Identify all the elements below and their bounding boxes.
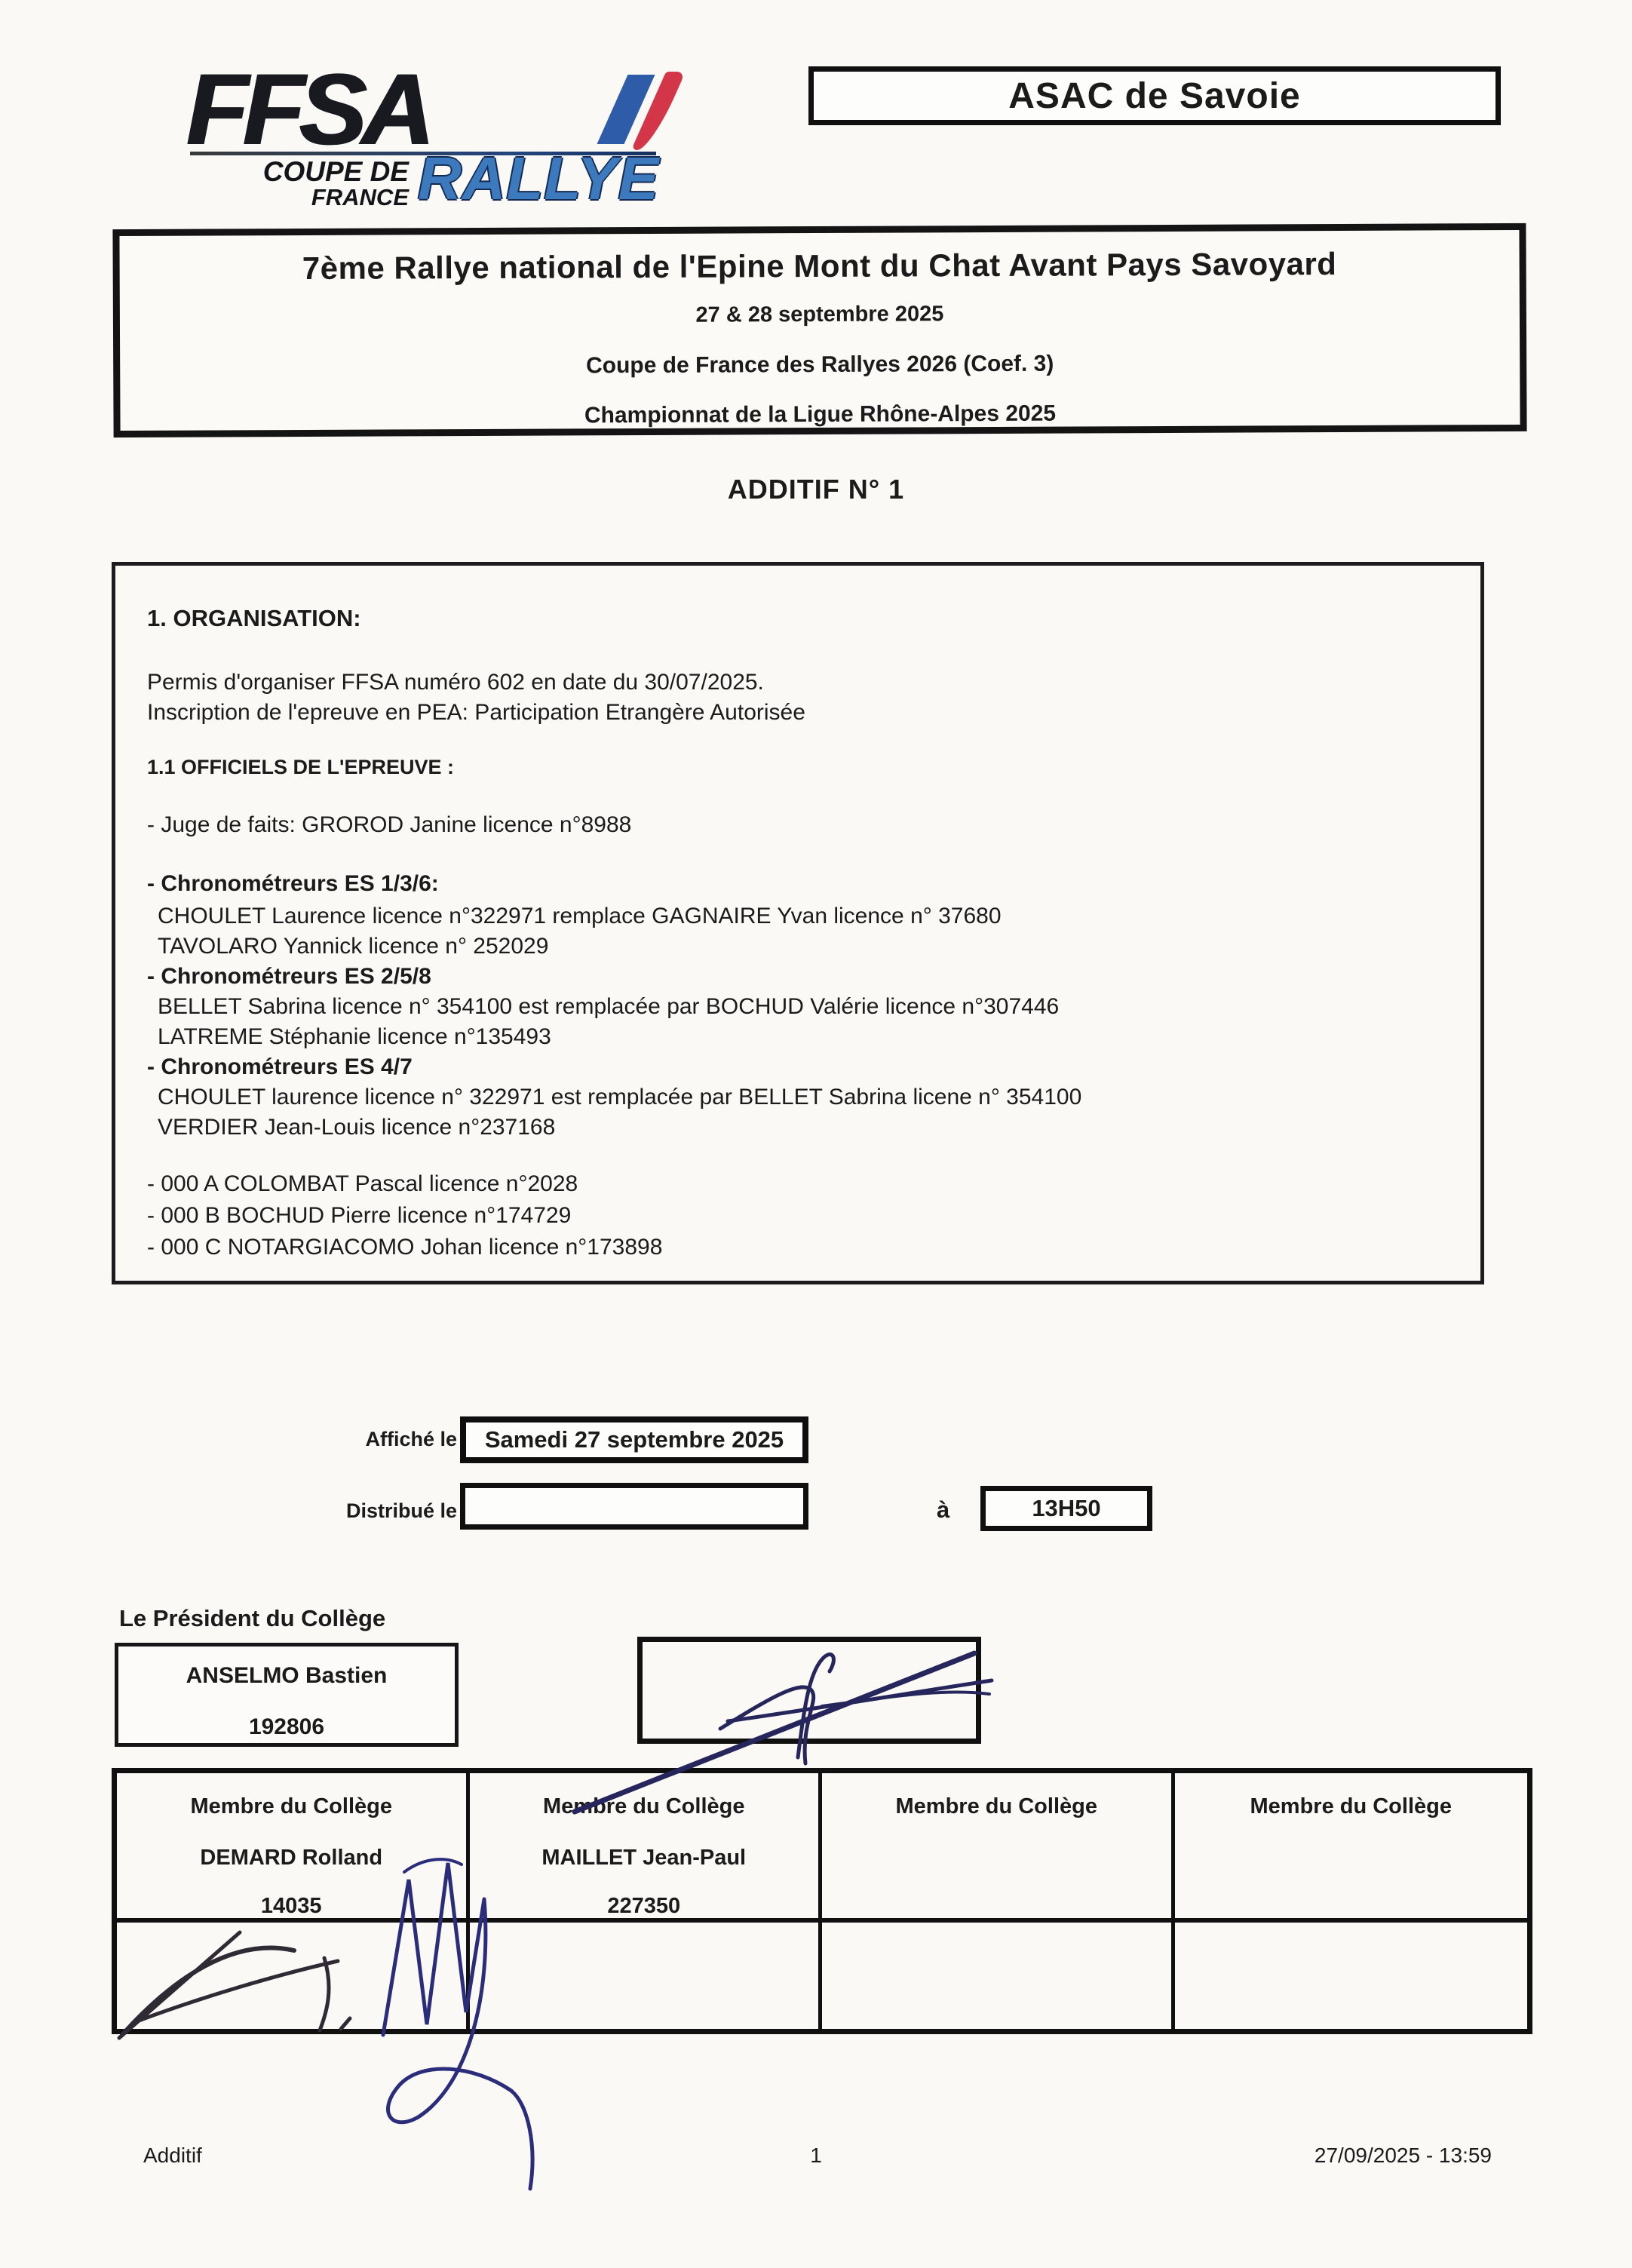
president-signature-box — [637, 1637, 981, 1744]
organisation-heading: 1. ORGANISATION: — [147, 605, 361, 632]
club-name: ASAC de Savoie — [1008, 75, 1300, 117]
event-dates: 27 & 28 septembre 2025 — [120, 299, 1520, 330]
ffsa-logo-text: FFSA — [186, 52, 428, 167]
member-signature-cell — [1175, 1923, 1528, 2029]
official-line: CHOULET Laurence licence n°322971 rempla… — [158, 904, 1002, 929]
official-line: - Chronométreurs ES 2/5/8 — [147, 964, 431, 990]
event-cup-label: Coupe de France des Rallyes 2026 (Coef. … — [120, 349, 1520, 381]
official-line: TAVOLARO Yannick licence n° 252029 — [158, 934, 548, 959]
official-line: BELLET Sabrina licence n° 354100 est rem… — [158, 994, 1059, 1020]
event-championship-label: Championnat de la Ligue Rhône-Alpes 2025 — [120, 399, 1520, 431]
official-line: - Chronométreurs ES 4/7 — [147, 1054, 413, 1080]
member-name: DEMARD Rolland — [117, 1846, 466, 1871]
document-title: ADDITIF N° 1 — [0, 474, 1632, 505]
member-signature-cell — [470, 1923, 823, 2029]
president-name-box: ANSELMO Bastien 192806 — [115, 1643, 459, 1747]
member-cell: Membre du Collège DEMARD Rolland 14035 — [117, 1773, 470, 1923]
official-line: - 000 C NOTARGIACOMO Johan licence n°173… — [147, 1235, 662, 1260]
at-label: à — [937, 1496, 949, 1524]
official-line: LATREME Stéphanie licence n°135493 — [158, 1024, 551, 1050]
members-table: Membre du Collège DEMARD Rolland 14035 M… — [112, 1768, 1532, 2034]
time-box: 13H50 — [980, 1486, 1152, 1531]
member-cell: Membre du Collège — [822, 1773, 1175, 1923]
member-header: Membre du Collège — [1175, 1794, 1528, 1819]
coupe-de-france-label: COUPE DE FRANCE — [181, 158, 409, 209]
official-line: VERDIER Jean-Louis licence n°237168 — [158, 1115, 555, 1140]
official-line: - Chronométreurs ES 1/3/6: — [147, 871, 439, 897]
distribue-label: Distribué le — [271, 1499, 457, 1523]
member-cell: Membre du Collège MAILLET Jean-Paul 2273… — [470, 1773, 823, 1923]
member-signature-cell — [117, 1923, 470, 2029]
officials-heading: 1.1 OFFICIELS DE L'EPREUVE : — [147, 756, 454, 779]
official-line: - 000 B BOCHUD Pierre licence n°174729 — [147, 1203, 571, 1229]
coupe-line2: FRANCE — [181, 186, 409, 209]
president-licence: 192806 — [118, 1714, 455, 1740]
permit-line: Permis d'organiser FFSA numéro 602 en da… — [147, 670, 764, 695]
pea-line: Inscription de l'epreuve en PEA: Partici… — [147, 700, 805, 726]
event-title-box: 7ème Rallye national de l'Epine Mont du … — [112, 223, 1526, 437]
member-header: Membre du Collège — [822, 1794, 1171, 1819]
coupe-line1: COUPE DE — [181, 158, 409, 186]
ffsa-rallye-logo: FFSA COUPE DE FRANCE RALLYE — [181, 64, 694, 219]
footer-datetime: 27/09/2025 - 13:59 — [1222, 2144, 1492, 2168]
time-value: 13H50 — [1032, 1495, 1100, 1522]
official-line: - Juge de faits: GROROD Janine licence n… — [147, 812, 631, 838]
member-licence: 227350 — [470, 1894, 819, 1919]
member-header: Membre du Collège — [470, 1794, 819, 1819]
rallye-logo-text: RALLYE — [418, 144, 659, 213]
member-signature-cell — [822, 1923, 1175, 2029]
official-line: - 000 A COLOMBAT Pascal licence n°2028 — [147, 1171, 578, 1197]
member-cell: Membre du Collège — [1175, 1773, 1528, 1923]
document-page: FFSA COUPE DE FRANCE RALLYE ASAC de Savo… — [0, 0, 1632, 2268]
president-name: ANSELMO Bastien — [118, 1663, 455, 1689]
president-heading: Le Président du Collège — [119, 1605, 385, 1632]
affiche-label: Affiché le — [271, 1428, 457, 1451]
event-title: 7ème Rallye national de l'Epine Mont du … — [120, 245, 1520, 287]
distribue-date-box — [460, 1483, 808, 1530]
club-name-box: ASAC de Savoie — [808, 66, 1501, 125]
organisation-box: 1. ORGANISATION: Permis d'organiser FFSA… — [112, 562, 1484, 1284]
member-licence: 14035 — [117, 1894, 466, 1919]
official-line: CHOULET laurence licence n° 322971 est r… — [158, 1085, 1081, 1110]
member-header: Membre du Collège — [117, 1794, 466, 1819]
member-name: MAILLET Jean-Paul — [470, 1846, 819, 1871]
affiche-date-value: Samedi 27 septembre 2025 — [485, 1426, 784, 1453]
affiche-date-box: Samedi 27 septembre 2025 — [460, 1416, 808, 1463]
